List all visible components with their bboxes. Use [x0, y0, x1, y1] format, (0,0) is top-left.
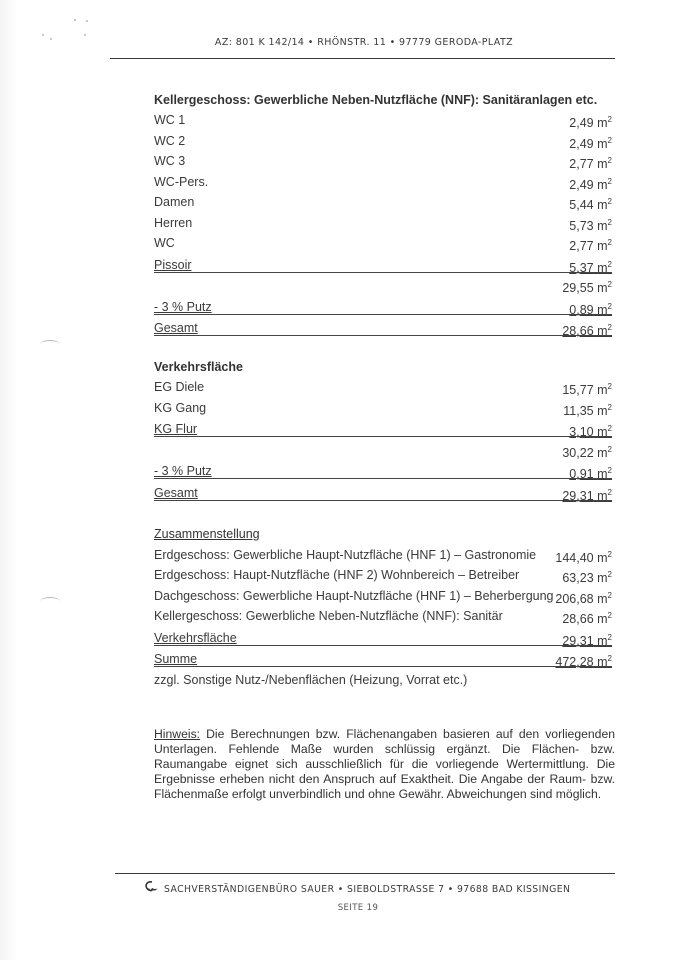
scan-speck: [86, 20, 88, 22]
disclaimer-text: Die Berechnungen bzw. Flächenangaben bas…: [154, 727, 615, 801]
unit-label: m2: [597, 634, 612, 648]
item-label: Erdgeschoss: Haupt-Nutzfläche (HNF 2) Wo…: [154, 565, 519, 586]
list-item: WC 12,49 m2: [154, 110, 612, 131]
unit-label: m2: [597, 571, 612, 585]
header-rule: [110, 58, 615, 59]
unit-label: m2: [597, 157, 612, 171]
scan-speck: [74, 19, 76, 21]
item-value: 15,77 m2: [562, 377, 612, 398]
list-item: KG Gang11,35 m2: [154, 398, 612, 419]
page-footer: SACHVERSTÄNDIGENBÜRO SAUER • SIEBOLDSTRA…: [145, 880, 615, 895]
list-item: Herren5,73 m2: [154, 213, 612, 234]
sauer-logo-icon: [145, 881, 159, 893]
section-title: Verkehrsfläche: [154, 357, 612, 377]
unit-label: m2: [597, 489, 612, 503]
item-value: 2,77 m2: [569, 151, 612, 172]
unit-label: m2: [597, 261, 612, 275]
scan-speck: [42, 34, 44, 36]
putz-row: - 3 % Putz 0,89 m2: [154, 296, 612, 315]
unit-label: m2: [597, 239, 612, 253]
list-item: EG Diele15,77 m2: [154, 377, 612, 398]
list-item: Erdgeschoss: Gewerbliche Haupt-Nutzfläch…: [154, 545, 612, 566]
unit-label: m2: [597, 592, 612, 606]
item-label: Herren: [154, 213, 192, 234]
item-label: Damen: [154, 192, 194, 213]
list-item: Verkehrsfläche29,31 m2: [154, 627, 612, 646]
unit-label: m2: [597, 383, 612, 397]
unit-label: m2: [597, 655, 612, 669]
item-value: 5,73 m2: [569, 213, 612, 234]
unit-label: m2: [597, 425, 612, 439]
list-item: Dachgeschoss: Gewerbliche Haupt-Nutzfläc…: [154, 586, 612, 607]
unit-label: m2: [597, 198, 612, 212]
list-item: Pissoir5,37 m2: [154, 254, 612, 273]
unit-label: m2: [597, 324, 612, 338]
item-value: 2,49 m2: [569, 110, 612, 131]
punch-hole-mark: [40, 340, 60, 349]
list-item: WC 22,49 m2: [154, 131, 612, 152]
unit-label: m2: [597, 467, 612, 481]
unit-label: m2: [597, 446, 612, 460]
unit-label: m2: [597, 219, 612, 233]
item-value: 28,66 m2: [562, 606, 612, 627]
total-row: Gesamt 29,31 m2: [154, 482, 612, 501]
item-value: 11,35 m2: [563, 398, 612, 419]
note-row: zzgl. Sonstige Nutz-/Nebenflächen (Heizu…: [154, 670, 612, 691]
scan-edge: [0, 0, 18, 960]
item-label: Kellergeschoss: Gewerbliche Neben-Nutzfl…: [154, 606, 503, 627]
item-value: 3,10 m2: [569, 418, 612, 436]
unit-label: m2: [597, 404, 612, 418]
item-value: 5,44 m2: [569, 192, 612, 213]
punch-hole-mark: [40, 597, 60, 606]
item-value: 2,77 m2: [569, 233, 612, 254]
unit-label: m2: [597, 303, 612, 317]
item-label: WC-Pers.: [154, 172, 208, 193]
item-label: Pissoir: [154, 254, 192, 272]
item-value: 2,49 m2: [569, 172, 612, 193]
item-label: KG Gang: [154, 398, 206, 419]
section-zusammenstellung: Zusammenstellung Erdgeschoss: Gewerblich…: [154, 524, 612, 690]
item-value: 206,68 m2: [555, 586, 612, 607]
list-item: Damen5,44 m2: [154, 192, 612, 213]
subtotal-row: 29,55 m2: [154, 275, 612, 296]
item-label: WC 3: [154, 151, 185, 172]
item-label: WC 1: [154, 110, 185, 131]
page-number: SEITE 19: [0, 903, 698, 913]
section-title: Kellergeschoss: Gewerbliche Neben-Nutzfl…: [154, 90, 612, 110]
list-item: WC 32,77 m2: [154, 151, 612, 172]
section-kellergeschoss: Kellergeschoss: Gewerbliche Neben-Nutzfl…: [154, 90, 612, 339]
item-label: Verkehrsfläche: [154, 627, 237, 645]
list-item: Kellergeschoss: Gewerbliche Neben-Nutzfl…: [154, 606, 612, 627]
sum-row: Summe 472,28 m2: [154, 648, 612, 667]
item-label: WC: [154, 233, 175, 254]
list-item: WC-Pers.2,49 m2: [154, 172, 612, 193]
list-item: KG Flur3,10 m2: [154, 418, 612, 437]
unit-label: m2: [597, 551, 612, 565]
item-label: Erdgeschoss: Gewerbliche Haupt-Nutzfläch…: [154, 545, 536, 566]
unit-label: m2: [597, 612, 612, 626]
scan-speck: [84, 34, 86, 36]
item-label: KG Flur: [154, 418, 197, 436]
unit-label: m2: [597, 116, 612, 130]
subtotal-row: 30,22 m2: [154, 440, 612, 461]
item-value: 5,37 m2: [569, 254, 612, 272]
list-item: WC2,77 m2: [154, 233, 612, 254]
putz-row: - 3 % Putz 0,91 m2: [154, 460, 612, 479]
page-header: AZ: 801 K 142/14 • RHÖNSTR. 11 • 97779 G…: [0, 37, 698, 48]
total-row: Gesamt 28,66 m2: [154, 317, 612, 336]
disclaimer-paragraph: Hinweis: Die Berechnungen bzw. Flächenan…: [154, 727, 615, 802]
unit-label: m2: [597, 281, 612, 295]
item-label: Dachgeschoss: Gewerbliche Haupt-Nutzfläc…: [154, 586, 554, 607]
item-value: 2,49 m2: [569, 131, 612, 152]
item-value: 29,31 m2: [562, 627, 612, 645]
section-title: Zusammenstellung: [154, 524, 612, 545]
section-verkehrsflaeche: Verkehrsfläche EG Diele15,77 m2KG Gang11…: [154, 357, 612, 503]
item-value: 144,40 m2: [555, 545, 612, 566]
item-label: EG Diele: [154, 377, 204, 398]
footer-text: SACHVERSTÄNDIGENBÜRO SAUER • SIEBOLDSTRA…: [164, 884, 570, 895]
unit-label: m2: [597, 137, 612, 151]
unit-label: m2: [597, 178, 612, 192]
footer-rule: [115, 873, 615, 874]
item-label: WC 2: [154, 131, 185, 152]
disclaimer-label: Hinweis:: [154, 727, 200, 741]
list-item: Erdgeschoss: Haupt-Nutzfläche (HNF 2) Wo…: [154, 565, 612, 586]
item-value: 63,23 m2: [562, 565, 612, 586]
